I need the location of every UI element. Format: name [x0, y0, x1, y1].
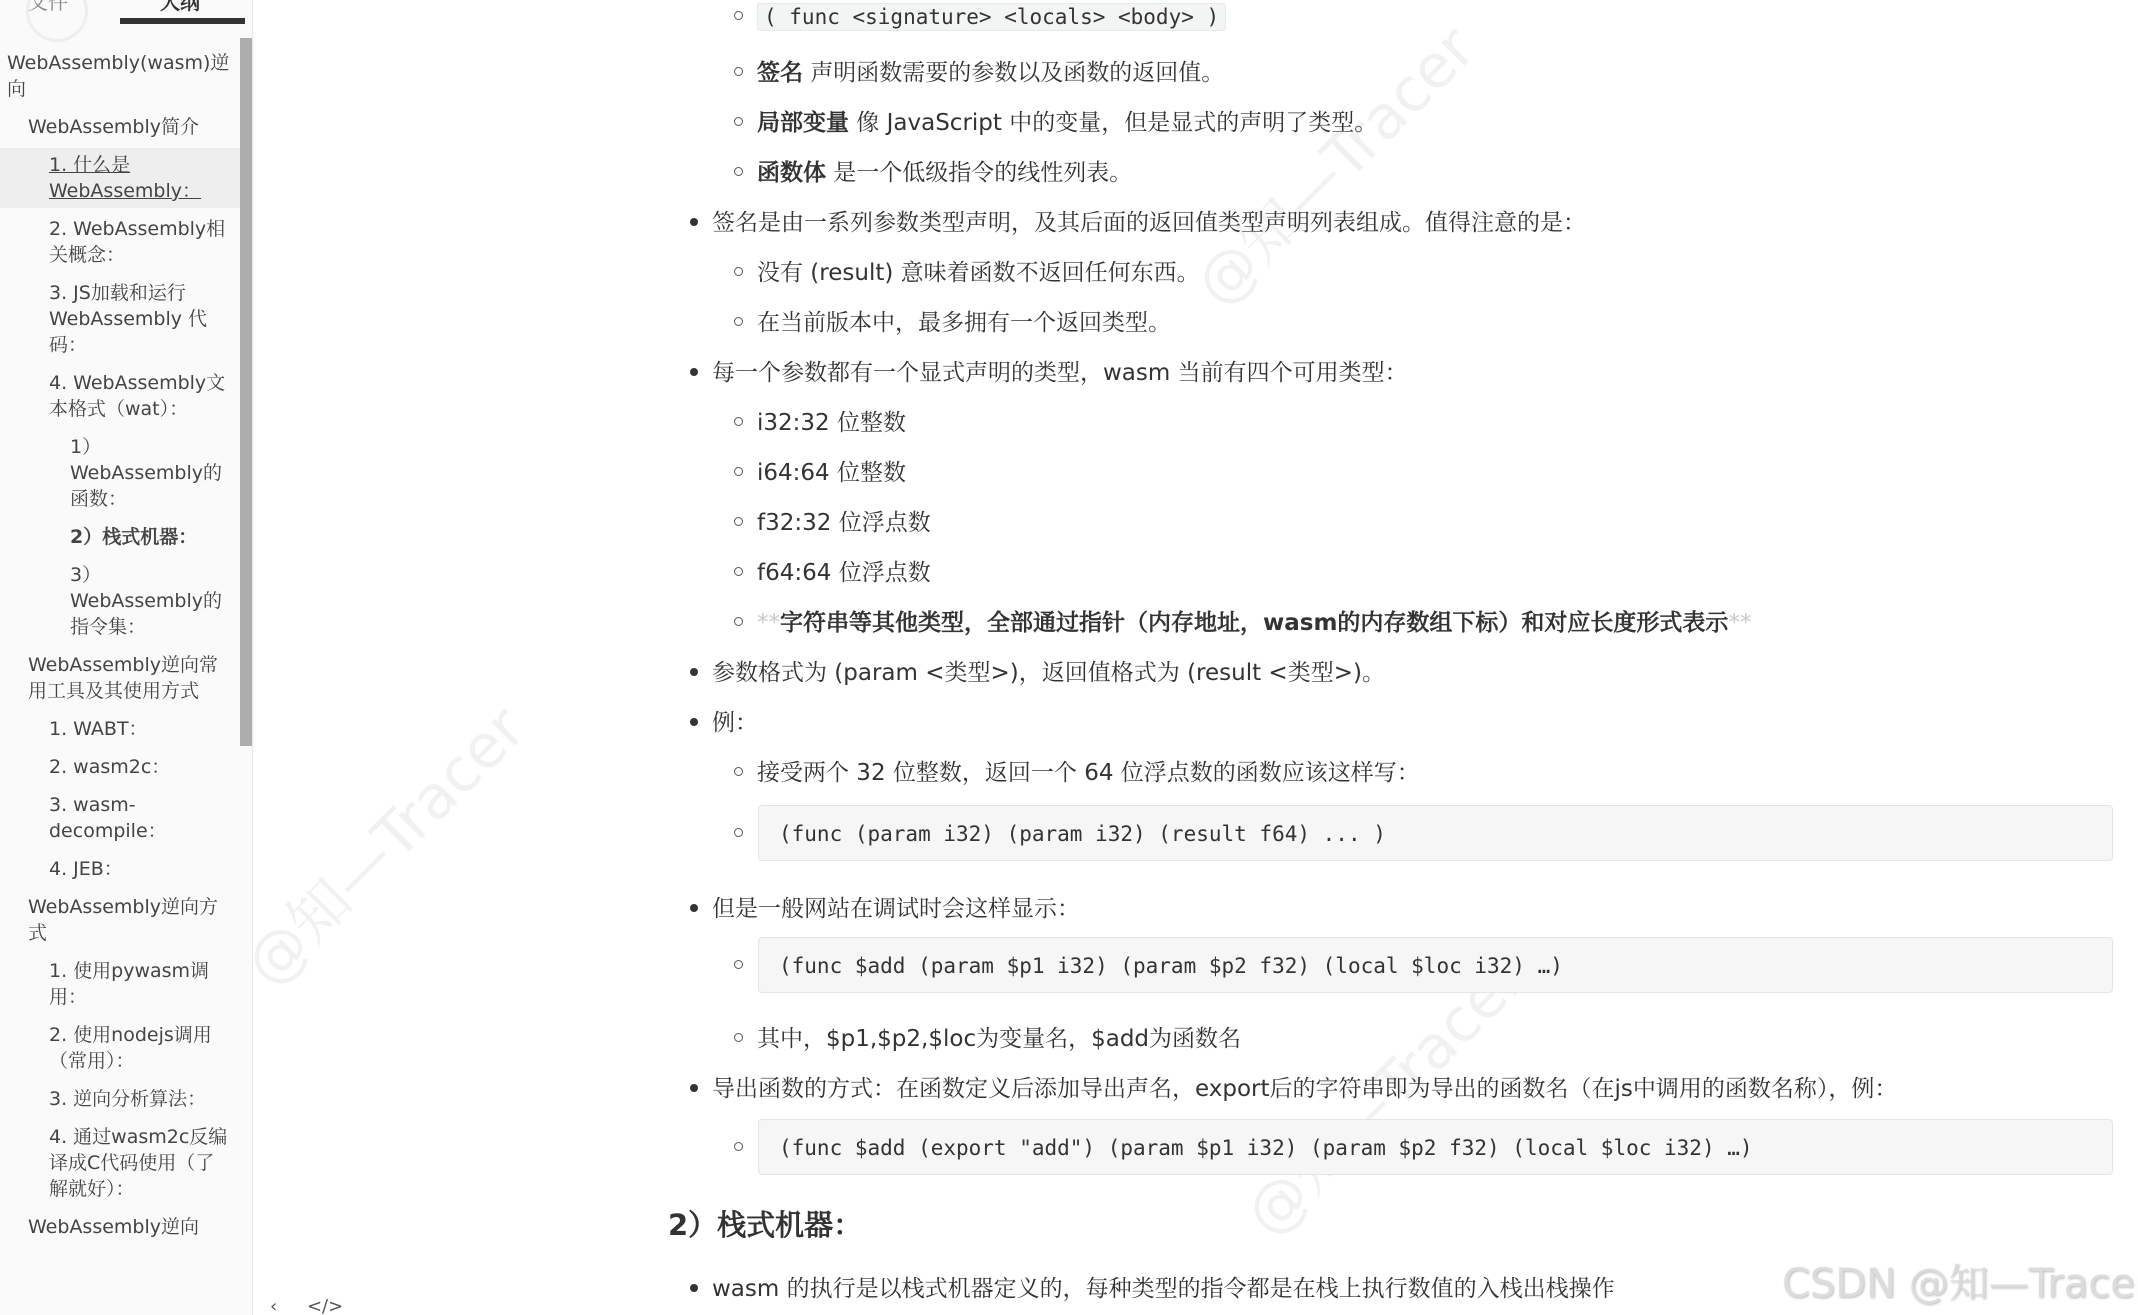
outline-item[interactable]: 1. 使用pywasm调用：	[0, 958, 240, 1010]
source-code-toggle-icon[interactable]: </>	[307, 1296, 343, 1315]
code-block[interactable]: (func $add (param $p1 i32) (param $p2 f3…	[758, 937, 2113, 993]
outline-item-label: 1）WebAssembly的函数：	[70, 436, 222, 510]
watermark: @知—Tracer	[223, 684, 541, 1002]
list-item: 没有 (result) 意味着函数不返回任何东西。	[734, 254, 1200, 287]
list-item: 其中，$p1,$p2,$loc为变量名，$add为函数名	[734, 1020, 1241, 1053]
outline-item[interactable]: 2. 使用nodejs调用（常用）：	[0, 1022, 240, 1074]
circle-bullet-icon	[734, 317, 743, 326]
list-item: 在当前版本中，最多拥有一个返回类型。	[734, 304, 1171, 337]
description: 像 JavaScript 中的变量，但是显式的声明了类型。	[849, 110, 1377, 136]
outline-item[interactable]: 1）WebAssembly的函数：	[0, 434, 240, 512]
circle-bullet-icon	[734, 767, 743, 776]
outline-item[interactable]: WebAssembly(wasm)逆向	[0, 50, 240, 102]
list-item: 每一个参数都有一个显式声明的类型，wasm 当前有四个可用类型：	[690, 354, 1408, 387]
list-item: 接受两个 32 位整数，返回一个 64 位浮点数的函数应该这样写：	[734, 754, 1420, 787]
outline-list: WebAssembly(wasm)逆向WebAssembly简介1. 什么是We…	[0, 50, 240, 1252]
circle-bullet-icon	[734, 117, 743, 126]
outline-item-label: WebAssembly逆向方式	[28, 896, 218, 944]
outline-item-label: 2. 使用nodejs调用（常用）：	[49, 1024, 212, 1072]
section-heading: 2）栈式机器：	[668, 1203, 862, 1244]
circle-bullet-icon	[734, 167, 743, 176]
outline-item-label: 3. wasm-decompile：	[49, 794, 167, 842]
description: 声明函数需要的参数以及函数的返回值。	[803, 60, 1224, 86]
outline-item-label: WebAssembly(wasm)逆向	[7, 52, 229, 100]
bold-note: 字符串等其他类型，全部通过指针（内存地址，wasm的内存数组下标）和对应长度形式…	[780, 610, 1728, 636]
outline-item-label: 4. JEB：	[49, 858, 123, 880]
outline-item[interactable]: WebAssembly逆向	[0, 1214, 240, 1240]
type-i64: i64:64 位整数	[757, 460, 906, 486]
paragraph: 参数格式为 (param <类型>)，返回值格式为 (result <类型>)。	[712, 660, 1385, 686]
list-item: i32:32 位整数	[734, 404, 906, 437]
paragraph: 但是一般网站在调试时会这样显示：	[712, 896, 1080, 922]
outline-item[interactable]: 2）栈式机器：	[0, 524, 240, 550]
list-item: 参数格式为 (param <类型>)，返回值格式为 (result <类型>)。	[690, 654, 1385, 687]
disc-bullet-icon	[690, 718, 698, 726]
list-item: 导出函数的方式：在函数定义后添加导出声名，export后的字符串即为导出的函数名…	[690, 1070, 1897, 1103]
disc-bullet-icon	[690, 1084, 698, 1092]
outline-item[interactable]: WebAssembly逆向常用工具及其使用方式	[0, 652, 240, 704]
list-item: 签名是由一系列参数类型声明，及其后面的返回值类型声明列表组成。值得注意的是：	[690, 204, 1586, 237]
outline-item-label: 3）WebAssembly的指令集：	[70, 564, 222, 638]
disc-bullet-icon	[690, 1284, 698, 1292]
paragraph: wasm 的执行是以栈式机器定义的，每种类型的指令都是在栈上执行数值的入栈出栈操…	[712, 1276, 1615, 1302]
paragraph: 没有 (result) 意味着函数不返回任何东西。	[757, 260, 1200, 286]
tab-outline[interactable]: 大纲	[160, 0, 200, 15]
disc-bullet-icon	[690, 368, 698, 376]
watermark: @知—Tracer	[1173, 4, 1491, 322]
csdn-watermark: CSDN @知—Tracer	[1782, 1252, 2138, 1309]
outline-item[interactable]: WebAssembly逆向方式	[0, 894, 240, 946]
outline-item-label: 4. WebAssembly文本格式（wat）：	[49, 372, 225, 420]
active-tab-indicator	[120, 18, 245, 24]
circle-bullet-icon	[734, 1142, 743, 1151]
paragraph: 其中，$p1,$p2,$loc为变量名，$add为函数名	[757, 1026, 1241, 1052]
list-item: wasm 的执行是以栈式机器定义的，每种类型的指令都是在栈上执行数值的入栈出栈操…	[690, 1270, 1615, 1303]
term: 签名	[757, 60, 803, 86]
outline-item[interactable]: 4. JEB：	[0, 856, 240, 882]
type-f32: f32:32 位浮点数	[757, 510, 931, 536]
circle-bullet-icon	[734, 567, 743, 576]
outline-item[interactable]: 3）WebAssembly的指令集：	[0, 562, 240, 640]
list-item: 签名 声明函数需要的参数以及函数的返回值。	[734, 54, 1224, 87]
type-f64: f64:64 位浮点数	[757, 560, 931, 586]
outline-item[interactable]: 3. wasm-decompile：	[0, 792, 240, 844]
collapse-sidebar-icon[interactable]: ‹	[270, 1296, 277, 1315]
sidebar-scrollbar[interactable]	[240, 38, 252, 746]
circle-bullet-icon	[734, 467, 743, 476]
outline-item-label: 2）栈式机器：	[70, 526, 197, 548]
outline-item[interactable]: 1. 什么是WebAssembly：	[0, 148, 240, 208]
disc-bullet-icon	[690, 668, 698, 676]
circle-bullet-icon	[734, 267, 743, 276]
circle-bullet-icon	[734, 960, 743, 969]
outline-item-label: 1. 使用pywasm调用：	[49, 960, 209, 1008]
bottom-controls: ‹ </>	[270, 1296, 367, 1315]
circle-bullet-icon	[734, 828, 743, 837]
paragraph: 例：	[712, 710, 758, 736]
outline-item-label: 1. WABT：	[49, 718, 148, 740]
outline-item-label: 4. 通过wasm2c反编译成C代码使用（了解就好）：	[49, 1126, 227, 1200]
paragraph: 接受两个 32 位整数，返回一个 64 位浮点数的函数应该这样写：	[757, 760, 1420, 786]
outline-item[interactable]: 4. WebAssembly文本格式（wat）：	[0, 370, 240, 422]
circle-bullet-icon	[734, 1033, 743, 1042]
outline-item[interactable]: WebAssembly简介	[0, 114, 240, 140]
term: 局部变量	[757, 110, 849, 136]
list-item: **字符串等其他类型，全部通过指针（内存地址，wasm的内存数组下标）和对应长度…	[734, 604, 1751, 637]
outline-item-label: 3. 逆向分析算法：	[49, 1088, 206, 1110]
outline-item-label: 1. 什么是WebAssembly：	[49, 154, 201, 202]
paragraph: 导出函数的方式：在函数定义后添加导出声名，export后的字符串即为导出的函数名…	[712, 1076, 1897, 1102]
outline-item[interactable]: 2. WebAssembly相关概念：	[0, 216, 240, 268]
list-item: 例：	[690, 704, 758, 737]
description: 是一个低级指令的线性列表。	[826, 160, 1132, 186]
outline-item[interactable]: 2. wasm2c：	[0, 754, 240, 780]
type-i32: i32:32 位整数	[757, 410, 906, 436]
list-item: f64:64 位浮点数	[734, 554, 931, 587]
list-item: i64:64 位整数	[734, 454, 906, 487]
circle-bullet-icon	[734, 617, 743, 626]
inline-code: ( func <signature> <locals> <body> )	[757, 3, 1226, 31]
outline-sidebar: 文件 大纲 WebAssembly(wasm)逆向WebAssembly简介1.…	[0, 0, 253, 1315]
disc-bullet-icon	[690, 904, 698, 912]
list-item: 但是一般网站在调试时会这样显示：	[690, 890, 1080, 923]
outline-item-label: WebAssembly逆向	[28, 1216, 199, 1238]
list-item: 局部变量 像 JavaScript 中的变量，但是显式的声明了类型。	[734, 104, 1377, 137]
outline-item[interactable]: 4. 通过wasm2c反编译成C代码使用（了解就好）：	[0, 1124, 240, 1202]
outline-item[interactable]: 3. 逆向分析算法：	[0, 1086, 240, 1112]
sidebar-tabs: 文件 大纲	[0, 0, 252, 30]
circle-bullet-icon	[734, 417, 743, 426]
markdown-marker: **	[1728, 610, 1751, 636]
term: 函数体	[757, 160, 826, 186]
outline-item[interactable]: 1. WABT：	[0, 716, 240, 742]
list-item: 函数体 是一个低级指令的线性列表。	[734, 154, 1132, 187]
disc-bullet-icon	[690, 218, 698, 226]
paragraph: 每一个参数都有一个显式声明的类型，wasm 当前有四个可用类型：	[712, 360, 1408, 386]
circle-bullet-icon	[734, 517, 743, 526]
paragraph: 在当前版本中，最多拥有一个返回类型。	[757, 310, 1171, 336]
circle-bullet-icon	[734, 11, 743, 20]
code-block[interactable]: (func (param i32) (param i32) (result f6…	[758, 805, 2113, 861]
outline-item-label: 2. WebAssembly相关概念：	[49, 218, 225, 266]
paragraph: 签名是由一系列参数类型声明，及其后面的返回值类型声明列表组成。值得注意的是：	[712, 210, 1586, 236]
outline-item[interactable]: 3. JS加载和运行WebAssembly 代码：	[0, 280, 240, 358]
markdown-marker: **	[757, 610, 780, 636]
outline-item-label: WebAssembly简介	[28, 116, 199, 138]
tab-files[interactable]: 文件	[28, 0, 68, 15]
list-item: f32:32 位浮点数	[734, 504, 931, 537]
circle-bullet-icon	[734, 67, 743, 76]
outline-item-label: 2. wasm2c：	[49, 756, 170, 778]
list-item: ( func <signature> <locals> <body> )	[734, 4, 1226, 30]
outline-item-label: WebAssembly逆向常用工具及其使用方式	[28, 654, 218, 702]
outline-item-label: 3. JS加载和运行WebAssembly 代码：	[49, 282, 207, 356]
code-block[interactable]: (func $add (export "add") (param $p1 i32…	[758, 1119, 2113, 1175]
